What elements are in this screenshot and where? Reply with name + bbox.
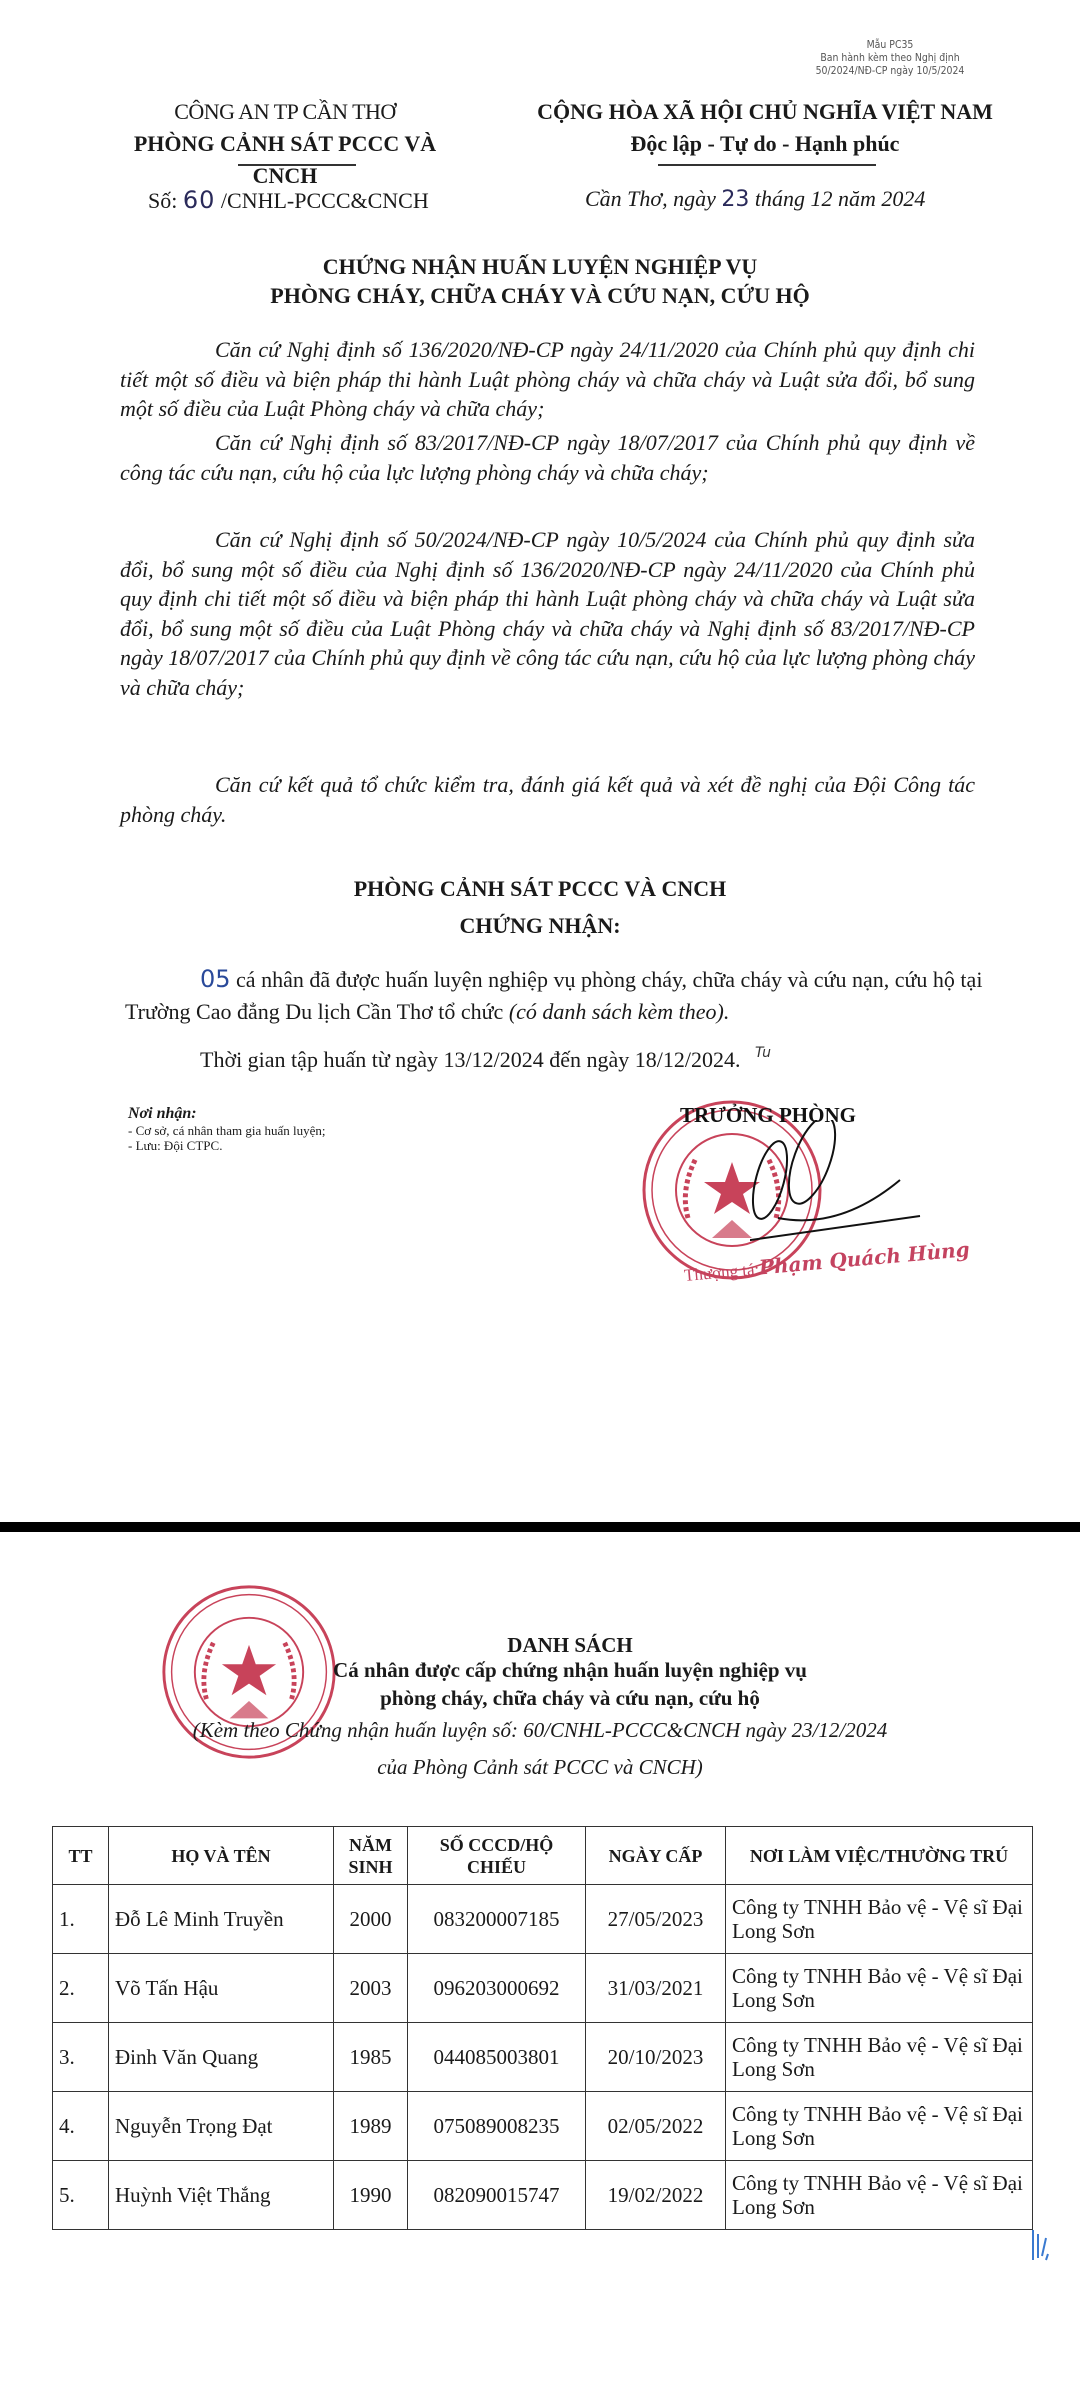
row-index: 2.: [53, 1954, 109, 2023]
certification-heading: CHỨNG NHẬN:: [100, 913, 980, 939]
workplace: Công ty TNHH Bảo vệ - Vệ sĩ Đại Long Sơn: [726, 1885, 1033, 1954]
issuing-agency-header: CÔNG AN TP CẦN THƠ PHÒNG CẢNH SÁT PCCC V…: [110, 96, 460, 192]
certifying-department: PHÒNG CẢNH SÁT PCCC VÀ CNCH: [100, 876, 980, 902]
country-name: CỘNG HÒA XÃ HỘI CHỦ NGHĨA VIỆT NAM: [520, 96, 1010, 128]
workplace: Công ty TNHH Bảo vệ - Vệ sĩ Đại Long Sơn: [726, 1954, 1033, 2023]
initial-mark: Tu: [755, 1045, 771, 1061]
person-name: Huỳnh Việt Thắng: [109, 2161, 334, 2230]
col-header-id-number: SỐ CCCD/HỘ CHIẾU: [408, 1827, 586, 1885]
participants-table: TT HỌ VÀ TÊN NĂM SINH SỐ CCCD/HỘ CHIẾU N…: [52, 1826, 1033, 2230]
col-header-issue-date: NGÀY CẤP: [586, 1827, 726, 1885]
table-row: 3.Đinh Văn Quang198504408500380120/10/20…: [53, 2023, 1033, 2092]
document-title: CHỨNG NHẬN HUẤN LUYỆN NGHIỆP VỤ PHÒNG CH…: [100, 252, 980, 310]
title-line-1: CHỨNG NHẬN HUẤN LUYỆN NGHIỆP VỤ: [100, 252, 980, 281]
form-issued-with: Ban hành kèm theo Nghị định: [780, 51, 1001, 64]
workplace: Công ty TNHH Bảo vệ - Vệ sĩ Đại Long Sơn: [726, 2023, 1033, 2092]
annex-subtitle-1: Cá nhân được cấp chứng nhận huấn luyện n…: [250, 1658, 890, 1683]
issue-date: 27/05/2023: [586, 1885, 726, 1954]
title-line-2: PHÒNG CHÁY, CHỮA CHÁY VÀ CỨU NẠN, CỨU HỘ: [100, 281, 980, 310]
id-number: 083200007185: [408, 1885, 586, 1954]
issue-date: 20/10/2023: [586, 2023, 726, 2092]
motto-underline: [658, 164, 876, 166]
table-header-row: TT HỌ VÀ TÊN NĂM SINH SỐ CCCD/HỘ CHIẾU N…: [53, 1827, 1033, 1885]
birth-year: 1990: [334, 2161, 408, 2230]
person-name: Đinh Văn Quang: [109, 2023, 334, 2092]
legal-basis-4: Căn cứ kết quả tổ chức kiểm tra, đánh gi…: [120, 770, 975, 829]
date-suffix: tháng 12 năm 2024: [755, 186, 926, 211]
workplace: Công ty TNHH Bảo vệ - Vệ sĩ Đại Long Sơn: [726, 2092, 1033, 2161]
annex-subtitle-2: phòng cháy, chữa cháy và cứu nạn, cứu hộ: [250, 1686, 890, 1711]
row-index: 1.: [53, 1885, 109, 1954]
date-day-handwritten: 23: [721, 187, 749, 212]
legal-basis-3: Căn cứ Nghị định số 50/2024/NĐ-CP ngày 1…: [120, 525, 975, 702]
legal-basis-2: Căn cứ Nghị định số 83/2017/NĐ-CP ngày 1…: [120, 428, 975, 487]
person-name: Đỗ Lê Minh Truyền: [109, 1885, 334, 1954]
id-number: 096203000692: [408, 1954, 586, 2023]
birth-year: 1989: [334, 2092, 408, 2161]
legal-basis-text: Căn cứ Nghị định số 136/2020/NĐ-CP ngày …: [120, 337, 975, 421]
agency-underline: [238, 164, 356, 166]
form-code: Mẫu PC35: [780, 38, 1001, 51]
issue-date: 19/02/2022: [586, 2161, 726, 2230]
page-divider: [0, 1522, 1080, 1532]
annex-attached-reference: (Kèm theo Chứng nhận huấn luyện số: 60/C…: [60, 1718, 1020, 1743]
recipient-item: - Cơ sở, cá nhân tham gia huấn luyện;: [128, 1123, 326, 1138]
form-decree: 50/2024/NĐ-CP ngày 10/5/2024: [780, 64, 1001, 77]
issue-date: 02/05/2022: [586, 2092, 726, 2161]
recipient-item: - Lưu: Đội CTPC.: [128, 1138, 326, 1153]
national-header: CỘNG HÒA XÃ HỘI CHỦ NGHĨA VIỆT NAM Độc l…: [520, 96, 1010, 160]
certification-body: 05 cá nhân đã được huấn luyện nghiệp vụ …: [125, 963, 1005, 1028]
issue-date: 31/03/2021: [586, 1954, 726, 2023]
col-header-name: HỌ VÀ TÊN: [109, 1827, 334, 1885]
legal-basis-text: Căn cứ kết quả tổ chức kiểm tra, đánh gi…: [120, 772, 975, 827]
form-template-note: Mẫu PC35 Ban hành kèm theo Nghị định 50/…: [780, 38, 1001, 77]
number-prefix: Số:: [148, 188, 177, 213]
agency-name: CÔNG AN TP CẦN THƠ: [110, 96, 460, 128]
row-index: 4.: [53, 2092, 109, 2161]
annex-title: DANH SÁCH: [300, 1633, 840, 1658]
certification-note: (có danh sách kèm theo).: [509, 999, 730, 1024]
number-handwritten: 60: [183, 186, 216, 214]
legal-basis-1: Căn cứ Nghị định số 136/2020/NĐ-CP ngày …: [120, 335, 975, 424]
recipients-block: Nơi nhận: - Cơ sở, cá nhân tham gia huấn…: [128, 1104, 326, 1153]
id-number: 044085003801: [408, 2023, 586, 2092]
birth-year: 2000: [334, 1885, 408, 1954]
recipients-heading: Nơi nhận:: [128, 1104, 326, 1123]
table-row: 5.Huỳnh Việt Thắng199008209001574719/02/…: [53, 2161, 1033, 2230]
col-header-birth-year: NĂM SINH: [334, 1827, 408, 1885]
person-name: Nguyễn Trọng Đạt: [109, 2092, 334, 2161]
row-index: 3.: [53, 2023, 109, 2092]
id-number: 082090015747: [408, 2161, 586, 2230]
training-period: Thời gian tập huấn từ ngày 13/12/2024 đế…: [200, 1047, 740, 1073]
document-date: Cần Thơ, ngày 23 tháng 12 năm 2024: [585, 186, 925, 212]
workplace: Công ty TNHH Bảo vệ - Vệ sĩ Đại Long Sơn: [726, 2161, 1033, 2230]
table-row: 1.Đỗ Lê Minh Truyền200008320000718527/05…: [53, 1885, 1033, 1954]
table-row: 4.Nguyễn Trọng Đạt198907508900823502/05/…: [53, 2092, 1033, 2161]
birth-year: 2003: [334, 1954, 408, 2023]
number-suffix: /CNHL-PCCC&CNCH: [221, 188, 429, 213]
annex-attached-issuer: của Phòng Cảnh sát PCCC và CNCH): [60, 1755, 1020, 1780]
handwritten-tick-icon: [1030, 2228, 1050, 2264]
col-header-workplace: NƠI LÀM VIỆC/THƯỜNG TRÚ: [726, 1827, 1033, 1885]
birth-year: 1985: [334, 2023, 408, 2092]
participant-count-handwritten: 05: [200, 965, 231, 993]
department-name: PHÒNG CẢNH SÁT PCCC VÀ CNCH: [110, 128, 460, 192]
col-header-index: TT: [53, 1827, 109, 1885]
row-index: 5.: [53, 2161, 109, 2230]
document-number: Số: 60 /CNHL-PCCC&CNCH: [148, 186, 429, 214]
national-motto: Độc lập - Tự do - Hạnh phúc: [520, 128, 1010, 160]
id-number: 075089008235: [408, 2092, 586, 2161]
person-name: Võ Tấn Hậu: [109, 1954, 334, 2023]
table-row: 2.Võ Tấn Hậu200309620300069231/03/2021Cô…: [53, 1954, 1033, 2023]
legal-basis-text: Căn cứ Nghị định số 83/2017/NĐ-CP ngày 1…: [120, 430, 975, 485]
date-prefix: Cần Thơ, ngày: [585, 186, 716, 211]
legal-basis-text: Căn cứ Nghị định số 50/2024/NĐ-CP ngày 1…: [120, 527, 975, 700]
